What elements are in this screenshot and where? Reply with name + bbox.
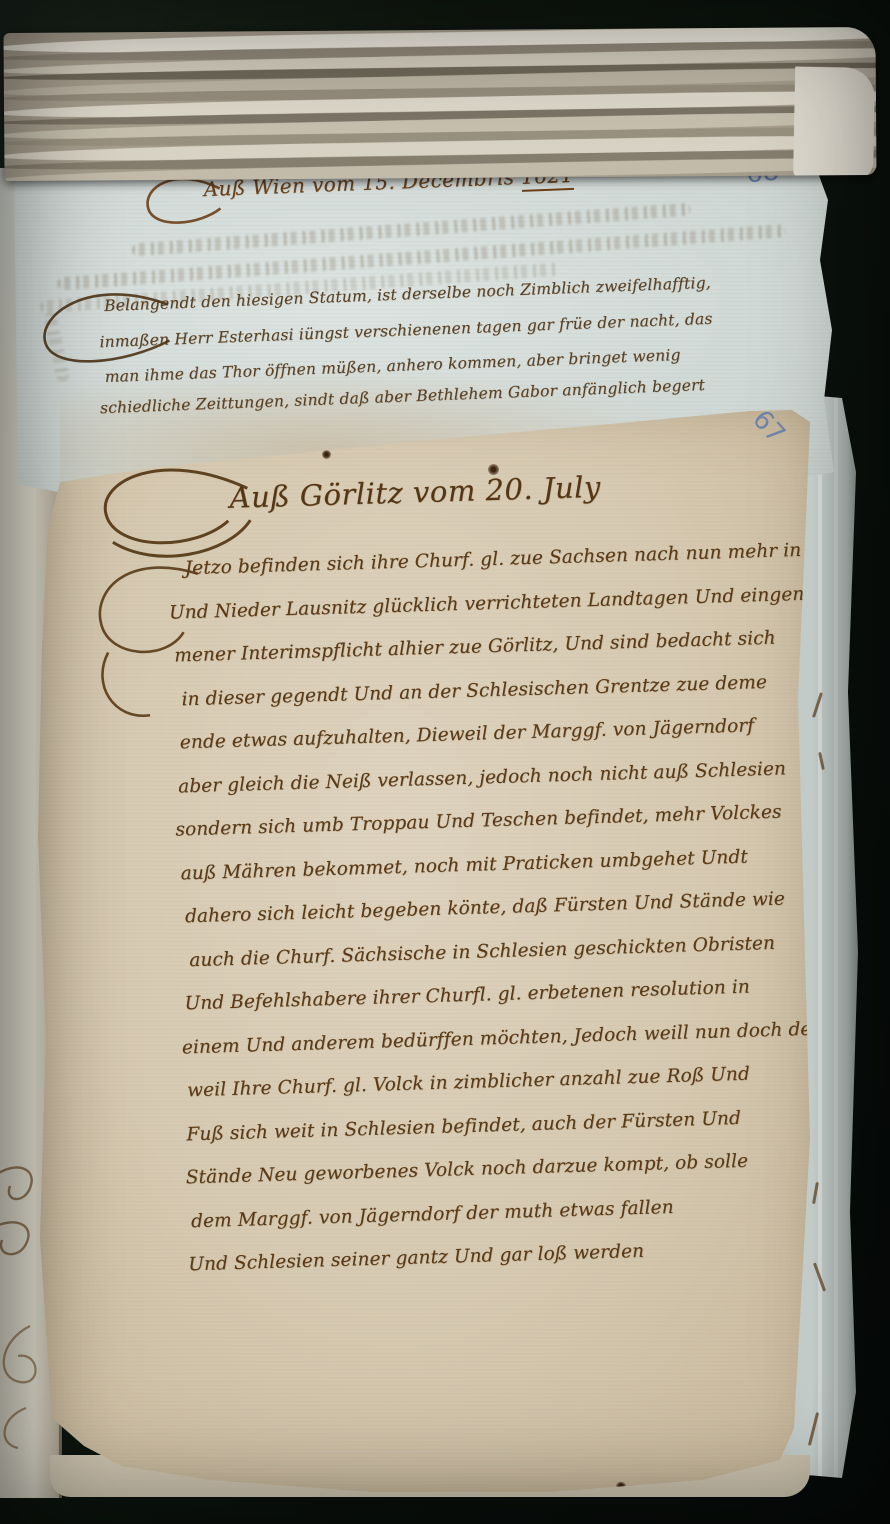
body-text-line: sondern sich umb Troppau Und Teschen bef… [175,802,782,841]
body-text-line: auch die Churf. Sächsische in Schlesien … [189,933,775,971]
body-text-line: ende etwas aufzuhalten, Dieweil der Marg… [180,715,755,753]
paper-stack-edge [3,27,876,181]
main-page: 67 Auß Görlitz vom 20. July Jetzo befind… [30,398,842,1510]
stack-corner-sheet [793,66,875,180]
upper-text-line: inmaßen Herr Esterhasi iüngst verschiene… [99,310,713,352]
body-text-line: weil Ihre Churf. gl. Volck in zimblicher… [187,1064,750,1102]
body-text-line: aber gleich die Neiß verlassen, jedoch n… [178,758,786,797]
body-text-line: Fuß sich weit in Schlesien befindet, auc… [186,1108,741,1145]
body-text-line: Und Befehlshabere ihrer Churfl. gl. erbe… [184,977,750,1015]
main-page-heading: Auß Görlitz vom 20. July [229,470,601,515]
body-text-line: auß Mähren bekommet, noch mit Praticken … [180,847,748,885]
body-text-line: Jetzo befinden sich ihre Churf. gl. zue … [184,538,861,579]
body-text-line: dahero sich leicht begeben könte, daß Fü… [185,888,785,927]
body-text-line: Und Nieder Lausnitz glücklich verrichtet… [169,583,840,624]
body-text-line: einem Und anderem bedürffen möchten, Jed… [182,1018,824,1058]
body-text-line: Und Schlesien seiner gantz Und gar loß w… [188,1241,644,1276]
body-text-line: dem Marggf. von Jägerndorf der muth etwa… [191,1197,674,1232]
left-sliver-ink-swirl [0,1318,50,1458]
main-page-content: Auß Görlitz vom 20. July Jetzo befinden … [25,379,870,1515]
right-edge-highlight-2 [834,392,838,1478]
body-text-line: mener Interimspflicht alhier zue Görlitz… [174,628,776,667]
body-text-line: in dieser gegendt Und an der Schlesische… [181,672,767,710]
manuscript-photo: Auß Wien vom 15. Decembris 1621 Belangen… [0,0,890,1524]
body-text-line: Stände Neu geworbenes Volck noch darzue … [185,1151,748,1189]
right-edge-highlight [818,392,822,1478]
